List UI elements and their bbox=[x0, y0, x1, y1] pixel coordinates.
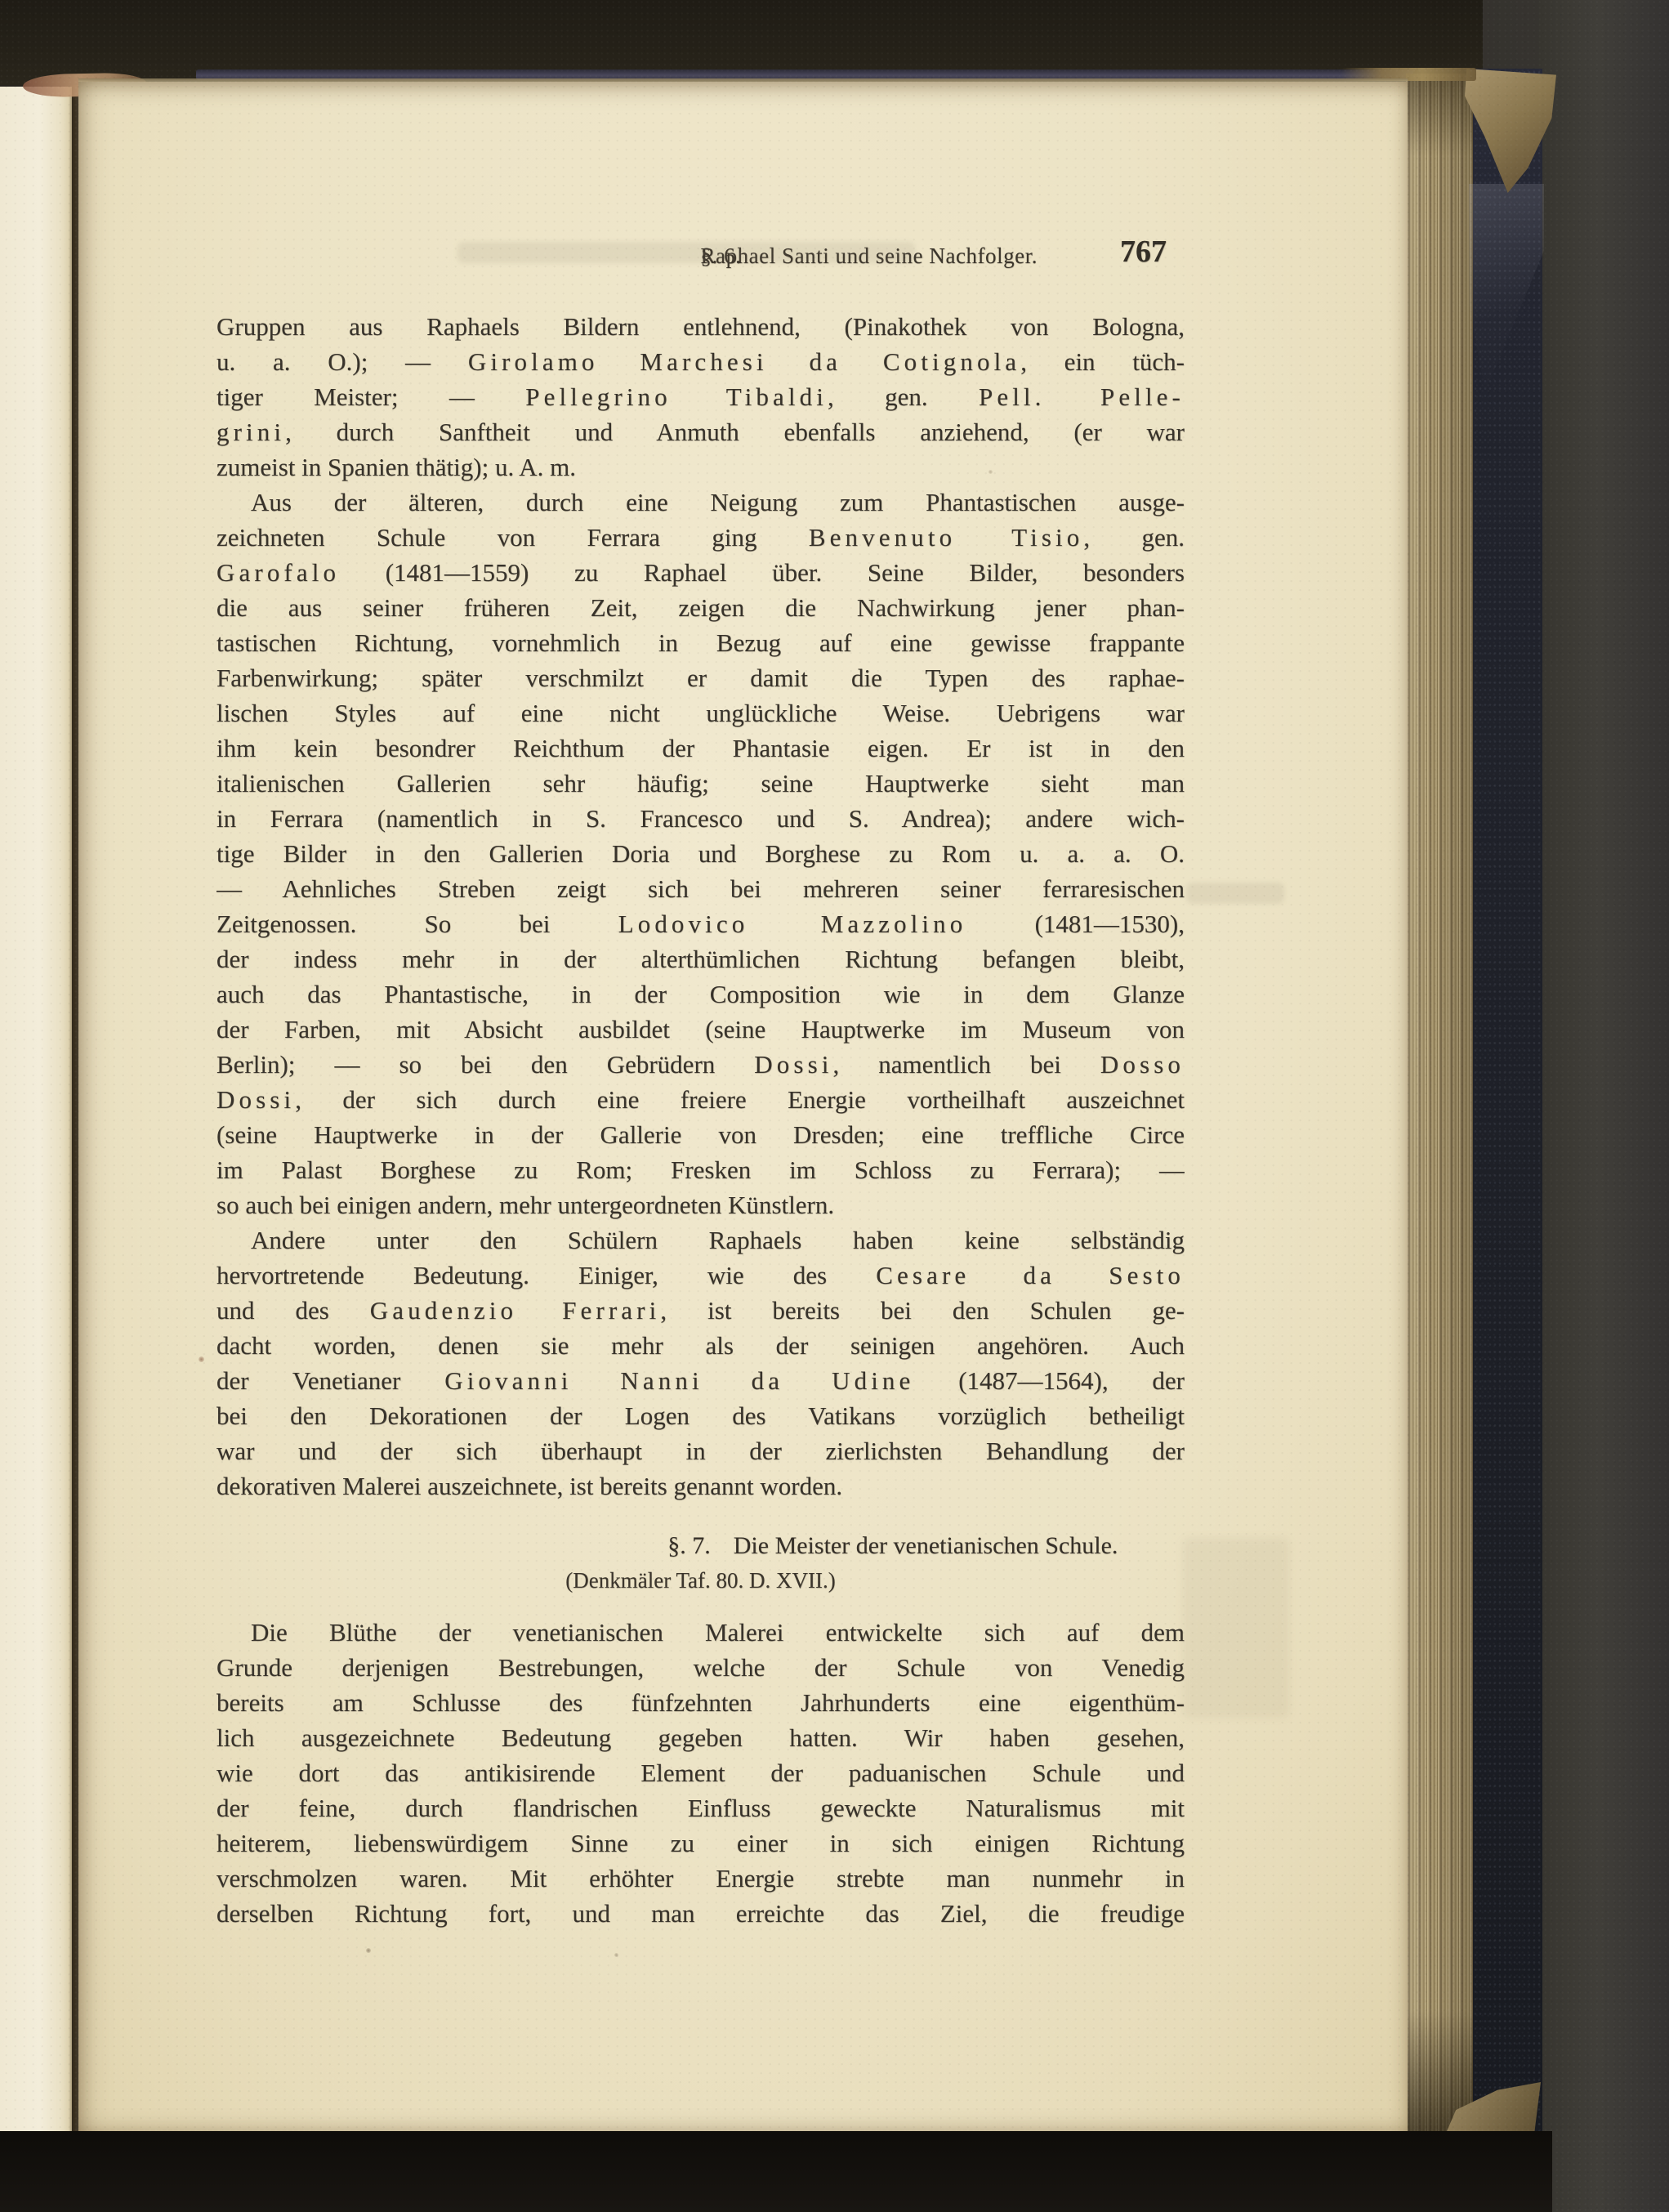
text-line: zeichneten Schule von Ferrara ging Benve… bbox=[216, 520, 1185, 555]
text-line: bereits am Schlusse des fünfzehnten Jahr… bbox=[216, 1685, 1185, 1720]
text-line: der Farben, mit Absicht ausbildet (seine… bbox=[216, 1012, 1185, 1047]
text-line: derselben Richtung fort, und man erreich… bbox=[216, 1896, 1185, 1931]
text-line: ihm kein besondrer Reichthum der Phantas… bbox=[216, 731, 1185, 766]
text-line: war und der sich überhaupt in der zierli… bbox=[216, 1433, 1185, 1468]
bleed-through-smudge bbox=[1186, 883, 1284, 904]
paragraph: Aus der älteren, durch eine Neigung zum … bbox=[216, 485, 1185, 1222]
page-number: 767 bbox=[1042, 234, 1167, 270]
text-line: die aus seiner früheren Zeit, zeigen die… bbox=[216, 590, 1185, 625]
foxing-speck bbox=[614, 1953, 618, 1957]
text-line: wie dort das antikisirende Element der p… bbox=[216, 1755, 1185, 1790]
text-line: tige Bilder in den Gallerien Doria und B… bbox=[216, 836, 1185, 871]
text-line: Andere unter den Schülern Raphaels haben… bbox=[216, 1222, 1185, 1258]
text-line: Farbenwirkung; später verschmilzt er dam… bbox=[216, 660, 1185, 695]
text-line: und des Gaudenzio Ferrari, ist bereits b… bbox=[216, 1293, 1185, 1328]
text-line: Grunde derjenigen Bestrebungen, welche d… bbox=[216, 1650, 1185, 1685]
text-line: Gruppen aus Raphaels Bildern entlehnend,… bbox=[216, 309, 1185, 344]
text-line: der Venetianer Giovanni Nanni da Udine (… bbox=[216, 1363, 1185, 1398]
text-line: heiterem, liebenswürdigem Sinne zu einer… bbox=[216, 1825, 1185, 1861]
text-line: grini, durch Sanftheit und Anmuth ebenfa… bbox=[216, 414, 1185, 449]
text-line: Zeitgenossen. So bei Lodovico Mazzolino … bbox=[216, 906, 1185, 941]
text-line: dekorativen Malerei auszeichnete, ist be… bbox=[216, 1468, 1185, 1504]
section-title: Die Meister der venetianischen Schule. bbox=[734, 1528, 1118, 1564]
text-line: u. a. O.); — Girolamo Marchesi da Cotign… bbox=[216, 344, 1185, 379]
text-block: Gruppen aus Raphaels Bildern entlehnend,… bbox=[216, 309, 1185, 1931]
text-line: auch das Phantastische, in der Compositi… bbox=[216, 976, 1185, 1012]
text-line: — Aehnliches Streben zeigt sich bei mehr… bbox=[216, 871, 1185, 906]
background-bottom bbox=[0, 2131, 1552, 2212]
section-number: §. 7. bbox=[667, 1532, 711, 1559]
text-line: der feine, durch flandrischen Einfluss g… bbox=[216, 1790, 1185, 1825]
text-line: tastischen Richtung, vornehmlich in Bezu… bbox=[216, 625, 1185, 660]
text-line: der indess mehr in der alterthümlichen R… bbox=[216, 941, 1185, 976]
facing-page-sliver bbox=[0, 87, 72, 2141]
paragraph: Gruppen aus Raphaels Bildern entlehnend,… bbox=[216, 309, 1185, 485]
text-line: Aus der älteren, durch eine Neigung zum … bbox=[216, 485, 1185, 520]
page-stack-fore-edge bbox=[1406, 74, 1475, 2134]
text-line: zumeist in Spanien thätig); u. A. m. bbox=[216, 449, 1185, 485]
scanned-book-photo: §. 6.Raphael Santi und seine Nachfolger.… bbox=[0, 0, 1669, 2212]
text-line: Die Blüthe der venetianischen Malerei en… bbox=[216, 1615, 1185, 1650]
section-subtitle: (Denkmäler Taf. 80. D. XVII.) bbox=[216, 1564, 1185, 1597]
leather-grain-texture bbox=[1473, 69, 1542, 2169]
book-page: §. 6.Raphael Santi und seine Nachfolger.… bbox=[78, 82, 1408, 2137]
text-line: dacht worden, denen sie mehr als der sei… bbox=[216, 1328, 1185, 1363]
foxing-speck bbox=[988, 470, 993, 474]
text-line: verschmolzen waren. Mit erhöhter Energie… bbox=[216, 1861, 1185, 1896]
text-line: Garofalo (1481—1559) zu Raphael über. Se… bbox=[216, 555, 1185, 590]
text-line: bei den Dekorationen der Logen des Vatik… bbox=[216, 1398, 1185, 1433]
text-line: so auch bei einigen andern, mehr unterge… bbox=[216, 1187, 1185, 1222]
text-line: Berlin); — so bei den Gebrüdern Dossi, n… bbox=[216, 1047, 1185, 1082]
text-line: im Palast Borghese zu Rom; Fresken im Sc… bbox=[216, 1152, 1185, 1187]
text-line: hervortretende Bedeutung. Einiger, wie d… bbox=[216, 1258, 1185, 1293]
text-line: (seine Hauptwerke in der Gallerie von Dr… bbox=[216, 1117, 1185, 1152]
text-line: lich ausgezeichnete Bedeutung gegeben ha… bbox=[216, 1720, 1185, 1755]
text-line: lischen Styles auf eine nicht unglücklic… bbox=[216, 695, 1185, 731]
foxing-speck bbox=[199, 1356, 204, 1362]
section-heading-line: §. 7.Die Meister der venetianischen Schu… bbox=[216, 1528, 1185, 1564]
text-line: tiger Meister; — Pellegrino Tibaldi, gen… bbox=[216, 379, 1185, 414]
bleed-through-smudge bbox=[457, 242, 915, 263]
text-line: in Ferrara (namentlich in S. Francesco u… bbox=[216, 801, 1185, 836]
section-heading: §. 7.Die Meister der venetianischen Schu… bbox=[216, 1528, 1185, 1597]
background-right bbox=[1539, 0, 1669, 2212]
text-line: italienischen Gallerien sehr häufig; sei… bbox=[216, 766, 1185, 801]
foxing-speck bbox=[366, 1948, 371, 1953]
bleed-through-smudge bbox=[1183, 1538, 1289, 1718]
paragraph: Andere unter den Schülern Raphaels haben… bbox=[216, 1222, 1185, 1504]
text-line: Dossi, der sich durch eine freiere Energ… bbox=[216, 1082, 1185, 1117]
paragraph: Die Blüthe der venetianischen Malerei en… bbox=[216, 1615, 1185, 1931]
